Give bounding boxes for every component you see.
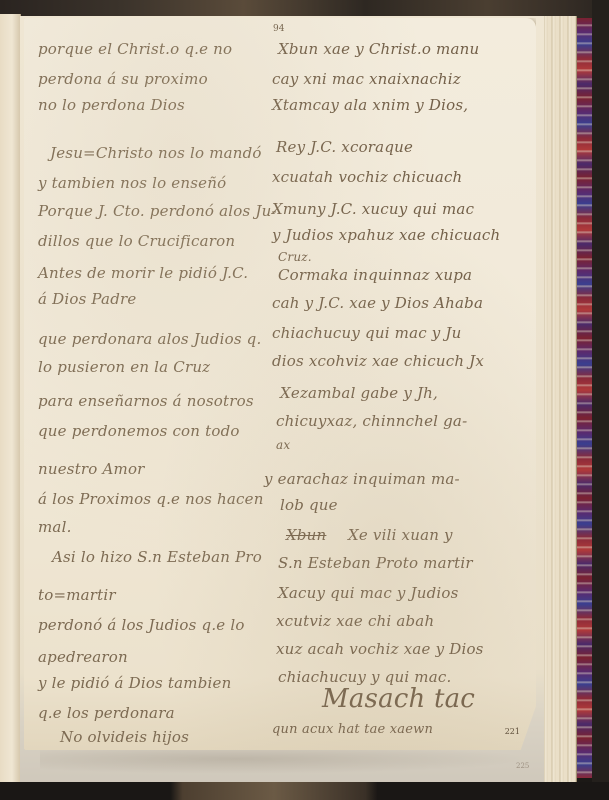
text-line: Rey J.C. xcoraque: [276, 138, 413, 156]
text-line: porque el Christ.o q.e no: [38, 40, 232, 58]
text-line: cay xni mac xnaixnachiz: [272, 70, 461, 88]
text-line: que perdonemos con todo: [38, 422, 240, 440]
text-line: mal.: [38, 518, 72, 536]
text-line: Cruz.: [278, 250, 312, 264]
text-line: Porque J. Cto. perdonó alos Ju-: [38, 202, 277, 220]
text-line: que perdonara alos Judios q.: [38, 330, 261, 348]
manuscript-page: 94 porque el Christ.o q.e no perdona á s…: [24, 18, 536, 750]
text-line: y earachaz inquiman ma-: [264, 470, 460, 488]
text-line: q.e los perdonara: [38, 704, 175, 722]
text-line: no lo perdona Dios: [38, 96, 185, 114]
text-line: dios xcohviz xae chicuch Jx: [272, 352, 484, 370]
text-line: Xbun xae y Christ.o manu: [278, 40, 479, 58]
text-line: xuz acah vochiz xae y Dios: [276, 640, 484, 658]
text-line: cah y J.C. xae y Dios Ahaba: [272, 294, 483, 312]
text-line: perdonó á los Judios q.e lo: [38, 616, 245, 634]
marbled-endpaper-edge: [575, 18, 592, 778]
book-cover-bottom: [0, 782, 609, 800]
text-line: para enseñarnos á nosotros: [38, 392, 254, 410]
text-line: No olvideis hijos: [60, 728, 189, 746]
text-line: xcuatah vochiz chicuach: [272, 168, 462, 186]
text-line: qun acux hat tae xaewn: [272, 722, 433, 737]
text-line: á los Proximos q.e nos hacen: [38, 490, 264, 508]
closing-word: Masach tac: [322, 684, 475, 714]
underlying-folio-number: 225: [516, 762, 529, 770]
text-line: chiachucuy qui mac y Ju: [272, 324, 462, 342]
text-line: á Dios Padre: [38, 290, 136, 308]
text-line: Xe vili xuan y: [348, 526, 453, 544]
struck-through-word: Xbun: [286, 526, 326, 544]
text-line: nuestro Amor: [38, 460, 145, 478]
text-line: Xezambal gabe y Jh,: [280, 384, 438, 402]
text-line: chicuyxaz, chinnchel ga-: [276, 412, 467, 430]
text-line: Cormaka inquinnaz xupa: [278, 266, 472, 284]
text-line: xcutviz xae chi abah: [276, 612, 434, 630]
text-line: Antes de morir le pidió J.C.: [38, 264, 248, 282]
text-line: ax: [276, 438, 290, 452]
text-line: y Judios xpahuz xae chicuach: [272, 226, 500, 244]
text-line: apedrearon: [38, 648, 128, 666]
text-line: Xacuy qui mac y Judios: [278, 584, 459, 602]
text-line: lo pusieron en la Cruz: [38, 358, 210, 376]
text-line: Xmuny J.C. xucuy qui mac: [272, 200, 474, 218]
text-line: to=martir: [38, 586, 116, 604]
text-line: lob que: [280, 496, 338, 514]
text-line: dillos que lo Crucificaron: [38, 232, 235, 250]
page-stack-edge: [540, 16, 577, 784]
folio-number: 221: [505, 727, 520, 736]
text-line: perdona á su proximo: [38, 70, 208, 88]
text-line: Xtamcay ala xnim y Dios,: [272, 96, 468, 114]
text-line: y tambien nos lo enseñó: [38, 174, 226, 192]
text-line: Asi lo hizo S.n Esteban Pro: [52, 548, 262, 566]
text-line: S.n Esteban Proto martir: [278, 554, 473, 572]
text-line: Jesu=Christo nos lo mandó: [50, 144, 262, 162]
book-cover-right: [592, 0, 609, 800]
left-facing-leaf: [0, 14, 21, 784]
text-line: y le pidió á Dios tambien: [38, 674, 231, 692]
page-number: 94: [273, 24, 284, 34]
